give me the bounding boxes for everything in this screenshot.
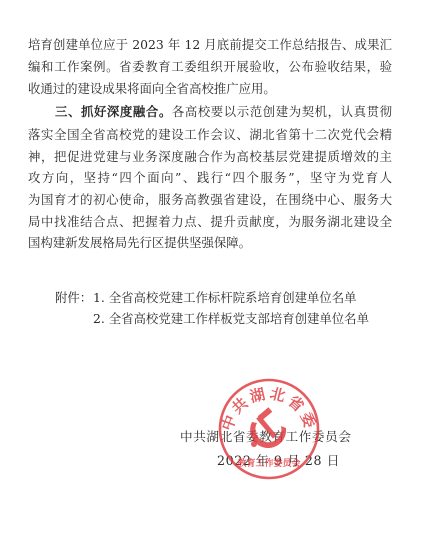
paragraph-line: 培育创建单位应于 2023 年 12 月底前提交工作总结报告、成果汇 (28, 34, 392, 56)
paragraph-line: 收通过的建设成果将面向全省高校推广应用。 (28, 78, 392, 100)
paragraph-line: 局中找准结合点、把握着力点、提升贡献度，为服务湖北建设全 (28, 211, 392, 233)
attachment-item: 1. 全省高校党建工作标杆院系培育创建单位名单 (93, 287, 357, 309)
section-text: 各高校要以示范创建为契机，认真贯彻 (172, 104, 392, 119)
paragraph-line: 编和工作案例。省委教育工委组织开展验收，公布验收结果，验 (28, 56, 392, 78)
hammer-sickle-icon (250, 407, 286, 448)
paragraph-line: 为国育才的初心使命，服务高教强省建设，在围绕中心、服务大 (28, 189, 392, 211)
paragraph-line: 神，把促进党建与业务深度融合作为高校基层党建提质增效的主 (28, 146, 392, 168)
paragraph-line: 攻方向，坚持“四个面向”、践行“四个服务”，坚守为党育人 (28, 167, 392, 189)
section-heading: 三、抓好深度融合。 (55, 104, 172, 119)
attachments-label: 附件： (55, 287, 92, 309)
section-3-first-line: 三、抓好深度融合。各高校要以示范创建为契机，认真贯彻 (55, 101, 392, 123)
seal-bottom-text: 教育工作委员会 (236, 457, 300, 469)
attachment-item: 2. 全省高校党建工作样板党支部培育创建单位名单 (93, 308, 369, 330)
paragraph-line: 落实全国全省高校党的建设工作会议、湖北省第十二次党代会精 (28, 124, 392, 146)
official-seal-icon: 中共湖北省委 教育工作委员会 (218, 378, 320, 480)
paragraph-line: 国构建新发展格局先行区提供坚强保障。 (28, 232, 392, 254)
